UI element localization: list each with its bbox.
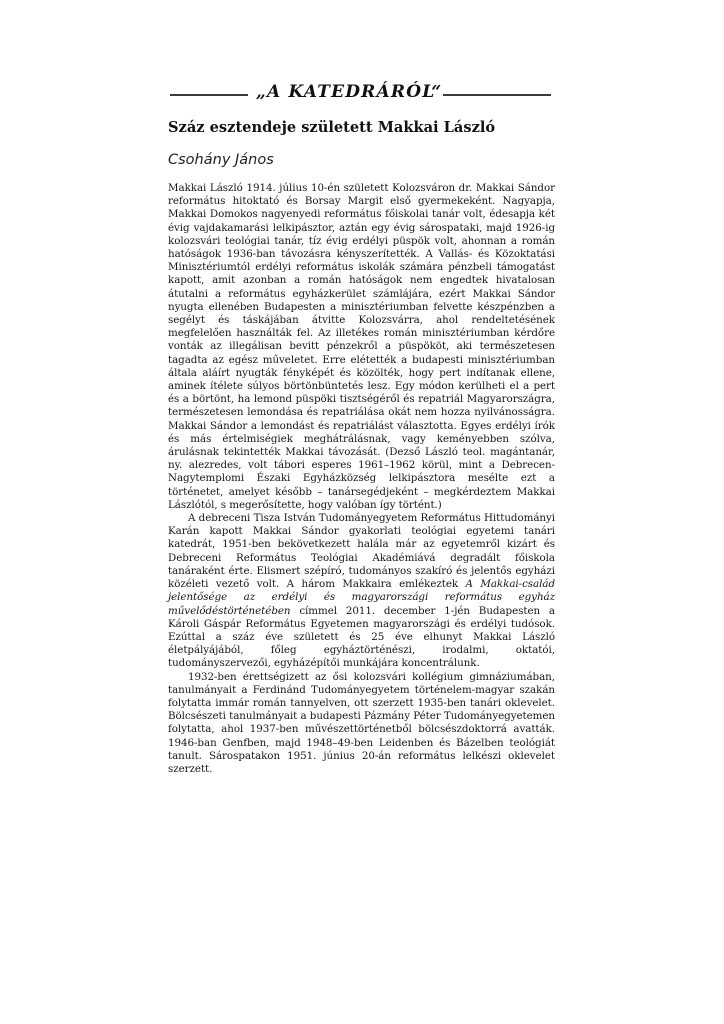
- paragraph-2: A debreceni Tisza István Tudományegyetem…: [168, 512, 555, 670]
- article-title: Száz esztendeje született Makkai László: [168, 119, 495, 136]
- article-body: Makkai László 1914. július 10-én születe…: [168, 182, 555, 776]
- section-title: „A KATEDRÁRÓL“: [256, 82, 436, 102]
- header-rule-left: [170, 94, 248, 96]
- section-header: „A KATEDRÁRÓL“: [168, 82, 554, 108]
- document-page: „A KATEDRÁRÓL“ Száz esztendeje született…: [0, 0, 724, 1024]
- article-author: Csohány János: [168, 152, 274, 168]
- header-rule-right: [443, 94, 551, 96]
- paragraph-1: Makkai László 1914. július 10-én születe…: [168, 182, 555, 512]
- paragraph-3: 1932-ben érettségizett az ősi kolozsvári…: [168, 671, 555, 777]
